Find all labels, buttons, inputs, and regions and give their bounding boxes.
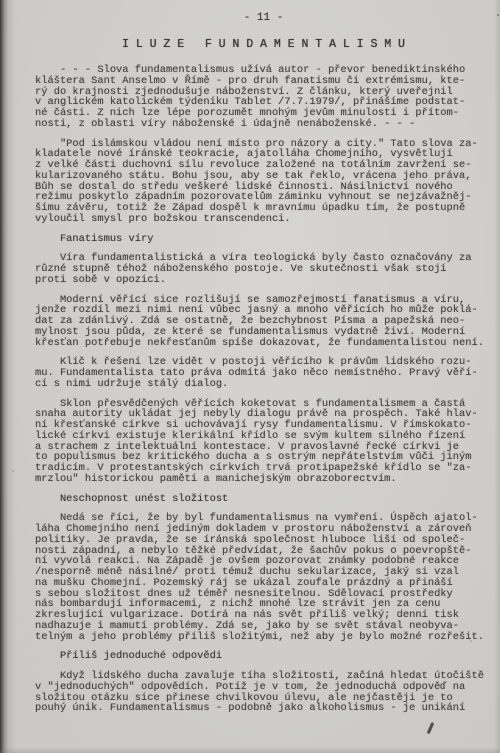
paragraph-klic-k-reseni: Klíč k řešení lze vidět v postoji věřící…	[35, 357, 492, 389]
page-number: - 11 -	[35, 13, 492, 24]
paragraph-sklon-vericich: Sklon přesvědčených věřících koketovat s…	[35, 399, 492, 485]
paragraph-moderni-verici: Moderní věřící sice rozlišují se samozře…	[35, 295, 492, 349]
paragraph-khomeini-quote: "Pod islámskou vládou není místo pro náz…	[35, 139, 492, 225]
section-heading-fanatismus-viry: Fanatismus víry	[35, 234, 492, 245]
paragraph-neda-se-rici: Nedá se říci, že by byl fundamentalismus…	[35, 513, 492, 642]
section-heading-neschopnost: Neschopnost unést složitost	[35, 494, 492, 505]
paragraph-vira-fundamentalisticka: Víra fundamentalistická a víra teologick…	[35, 253, 492, 285]
document-page: - 11 - I L U Z E F U N D A M E N T A L I…	[0, 0, 500, 753]
paragraph-kdyz-lidskeho-ducha: Když lidského ducha zavaluje tíha složit…	[35, 671, 492, 714]
document-title: I L U Z E F U N D A M E N T A L I S M U	[35, 39, 492, 51]
section-heading-jednoduche-odpovedi: Příliš jednoduché odpovědi	[35, 651, 492, 662]
paragraph-intro: - - - Slova fundamentalismus užívá autor…	[35, 65, 492, 130]
